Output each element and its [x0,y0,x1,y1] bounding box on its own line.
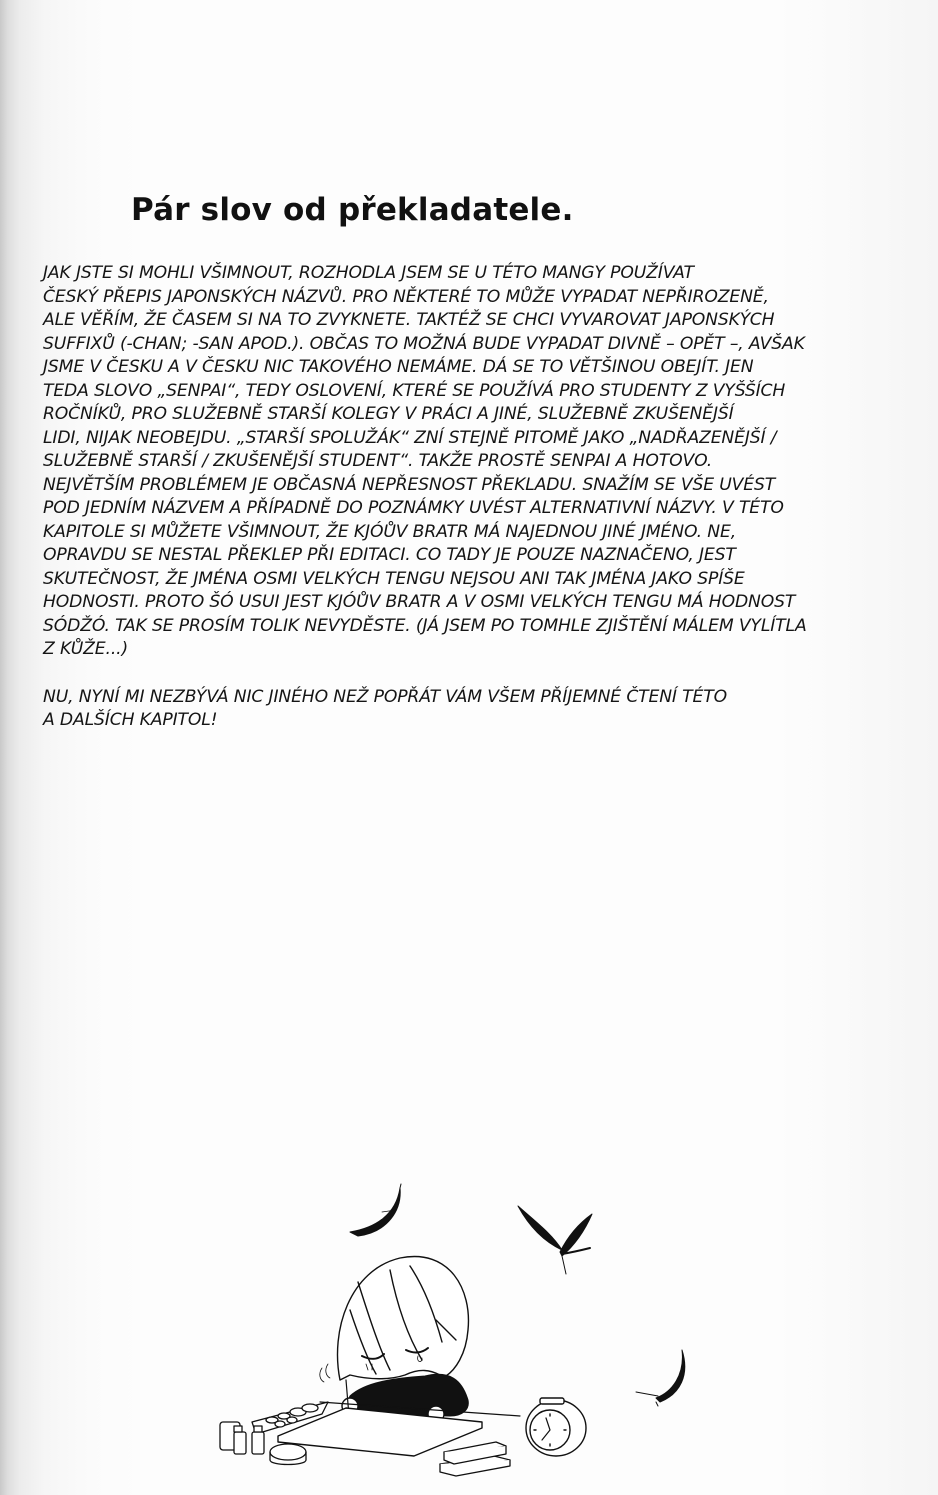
text-line: A DALŠÍCH KAPITOL! [43,709,933,733]
text-line: NEJVĚTŠÍM PROBLÉMEM JE OBČASNÁ NEPŘESNOS… [43,474,933,498]
paragraph-spacer [43,662,933,686]
text-line: JAK JSTE SI MOHLI VŠIMNOUT, ROZHODLA JSE… [43,262,933,286]
text-line: SKUTEČNOST, ŽE JMÉNA OSMI VELKÝCH TENGU … [43,568,933,592]
text-line: POD JEDNÍM NÁZVEM A PŘÍPADNĚ DO POZNÁMKY… [43,497,933,521]
feather-icon [636,1350,685,1406]
text-line: LIDI, NIJAK NEOBEJDU. „STARŠÍ SPOLUŽÁK“ … [43,427,933,451]
chibi-artist-illustration [200,1170,760,1490]
text-line: ČESKÝ PŘEPIS JAPONSKÝCH NÁZVŮ. PRO NĚKTE… [43,286,933,310]
text-line: SUFFIXŮ (-CHAN; -SAN APOD.). OBČAS TO MO… [43,333,933,357]
paragraph-1: JAK JSTE SI MOHLI VŠIMNOUT, ROZHODLA JSE… [43,262,933,662]
ink-dish [270,1444,306,1465]
text-line: NU, NYNÍ MI NEZBÝVÁ NIC JINÉHO NEŽ POPŘÁ… [43,686,933,710]
text-line: KAPITOLE SI MŮŽETE VŠIMNOUT, ŽE KJÓŮV BR… [43,521,933,545]
page-title: Pár slov od překladatele. [131,192,574,228]
text-line: SÓDŽÓ. TAK SE PROSÍM TOLIK NEVYDĚSTE. (J… [43,615,933,639]
text-line: TEDA SLOVO „SENPAI“, TEDY OSLOVENÍ, KTER… [43,380,933,404]
stacked-books [440,1442,510,1476]
feather-icon [350,1184,401,1236]
text-line: JSME V ČESKU A V ČESKU NIC TAKOVÉHO NEMÁ… [43,356,933,380]
text-line: Z KŮŽE...) [43,638,933,662]
text-line: ALE VĚŘÍM, ŽE ČASEM SI NA TO ZVYKNETE. T… [43,309,933,333]
ink-bottles [220,1422,264,1454]
chibi-artist [320,1257,469,1382]
alarm-clock [526,1398,586,1456]
paragraph-2: NU, NYNÍ MI NEZBÝVÁ NIC JINÉHO NEŽ POPŘÁ… [43,686,933,733]
feather-icon [518,1206,592,1274]
text-line: OPRAVDU SE NESTAL PŘEKLEP PŘI EDITACI. C… [43,544,933,568]
text-line: ROČNÍKŮ, PRO SLUŽEBNĚ STARŠÍ KOLEGY V PR… [43,403,933,427]
translator-note-body: JAK JSTE SI MOHLI VŠIMNOUT, ROZHODLA JSE… [43,262,933,733]
text-line: HODNOSTI. PROTO ŠÓ USUI JEST KJÓŮV BRATR… [43,591,933,615]
text-line: SLUŽEBNĚ STARŠÍ / ZKUŠENĚJŠÍ STUDENT“. T… [43,450,933,474]
